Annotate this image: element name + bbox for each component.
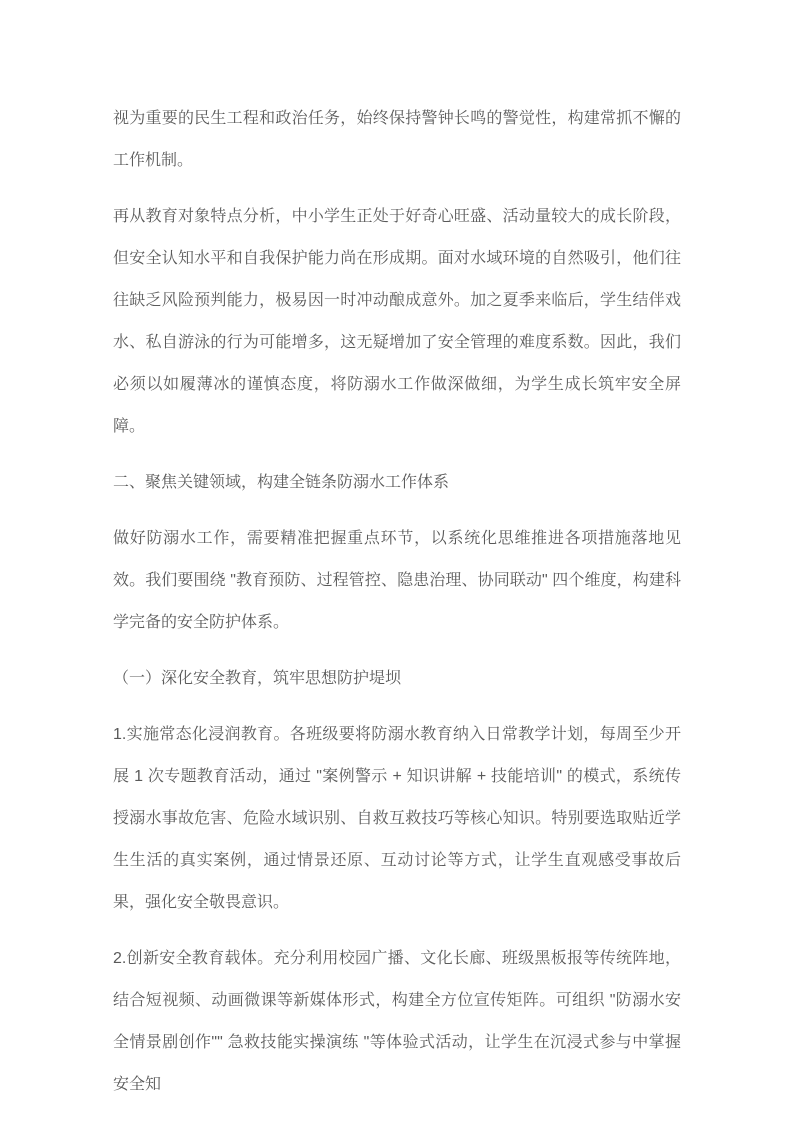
- paragraph-item-1-education: 1.实施常态化浸润教育。各班级要将防溺水教育纳入日常教学计划，每周至少开展 1 …: [113, 714, 681, 924]
- paragraph-system-overview: 做好防溺水工作，需要精准把握重点环节，以系统化思维推进各项措施落地见效。我们要围…: [113, 518, 681, 644]
- document-page: 视为重要的民生工程和政治任务，始终保持警钟长鸣的警觉性，构建常抓不懈的工作机制。…: [0, 0, 793, 1122]
- paragraph-student-characteristics: 再从教育对象特点分析，中小学生正处于好奇心旺盛、活动量较大的成长阶段，但安全认知…: [113, 196, 681, 448]
- paragraph-item-2-carriers: 2.创新安全教育载体。充分利用校园广播、文化长廊、班级黑板报等传统阵地，结合短视…: [113, 938, 681, 1106]
- section-heading-2: 二、聚焦关键领域，构建全链条防溺水工作体系: [113, 462, 681, 504]
- subsection-heading-1: （一）深化安全教育，筑牢思想防护堤坝: [113, 658, 681, 700]
- paragraph-work-mechanism: 视为重要的民生工程和政治任务，始终保持警钟长鸣的警觉性，构建常抓不懈的工作机制。: [113, 98, 681, 182]
